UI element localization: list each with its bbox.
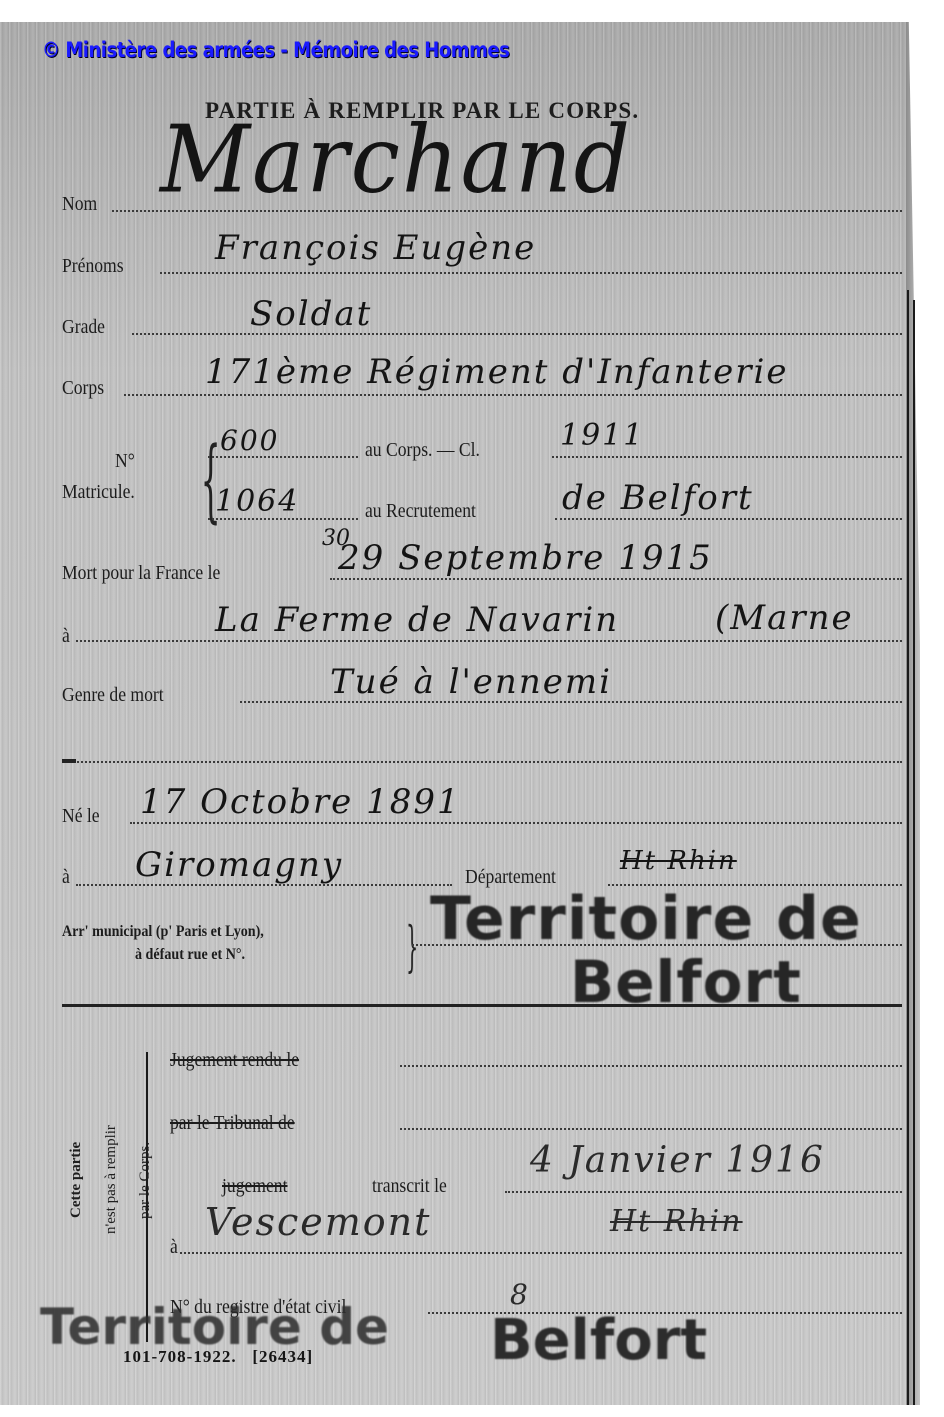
value-grade: Soldat [250,294,372,334]
field-line-date-naissance [130,822,902,824]
value-date-naissance: 17 Octobre 1891 [140,782,461,822]
section-separator [62,1004,902,1007]
margin-rule-inner [907,290,909,1405]
label-matricule: Matricule. [62,481,135,504]
label-nom: Nom [62,193,97,216]
value-departement-struck: Ht Rhin [620,846,737,876]
field-line-transcription-date [505,1191,902,1193]
field-line-corps [124,394,902,396]
value-corps: 171ème Régiment d'Infanterie [205,352,789,392]
value-matricule-corps: 600 [220,424,279,457]
value-transcription-date: 4 Janvier 1916 [530,1140,825,1181]
label-par-le-tribunal: par le Tribunal de [170,1112,295,1135]
value-prenoms: François Eugène [215,228,536,268]
label-no: N° [115,450,135,473]
field-line-blank [62,761,902,763]
value-classe: 1911 [560,418,644,453]
side-note-line-1: Cette partie [68,1075,85,1285]
label-jugement-struck: jugement [222,1175,288,1198]
form-print-code: 101-708-1922. [26434] [123,1347,313,1367]
label-transcrit-le: transcrit le [372,1175,447,1198]
field-line-date-deces [330,578,902,580]
label-lieu-deces: à [62,625,70,648]
side-note-line-2: n'est pas à remplir [103,1075,120,1285]
label-jugement-rendu: Jugement rendu le [170,1049,299,1072]
field-line-prenoms [160,272,902,274]
value-lieu-deces: La Ferme de Navarin [215,600,619,640]
label-au-recrutement: au Recrutement [365,500,476,523]
label-ne-le: Né le [62,805,100,828]
field-line-lieu-deces [76,640,902,642]
field-line-grade [132,333,902,335]
copyright-watermark: © Ministère des armées - Mémoire des Hom… [42,38,509,62]
field-line-tribunal [400,1128,902,1130]
label-arr-municipal: Arr' municipal (p' Paris et Lyon), [62,923,264,941]
label-grade: Grade [62,316,105,339]
label-au-corps-classe: au Corps. — Cl. [365,439,480,462]
label-a-defaut-rue: à défaut rue et N°. [135,946,245,964]
field-line-classe [552,456,902,458]
label-lieu-transcription: à [170,1236,178,1259]
value-departement-correction-line1: Territoire de [430,884,862,954]
value-lieu-naissance: Giromagny [135,845,343,885]
field-line-jugement-rendu [400,1065,902,1067]
label-mort-pour-la-france: Mort pour la France le [62,562,220,585]
margin-note-belfort: Belfort [490,1308,707,1373]
value-matricule-recrutement: 1064 [215,484,299,519]
value-nom: Marchand [160,105,632,213]
margin-rule-outer [913,300,915,1405]
side-note-not-for-corps: Cette partie n'est pas à remplir par le … [68,1075,154,1285]
arr-brace: } [406,915,418,978]
field-line-lieu-transcription [180,1252,902,1254]
field-line-recrutement [555,518,902,520]
label-genre-de-mort: Genre de mort [62,684,164,707]
value-lieu-transcription: Vescemont [205,1200,431,1244]
blank-line-start-mark [62,759,76,763]
value-recrutement: de Belfort [562,478,754,518]
value-date-deces: 29 Septembre 1915 [338,538,713,578]
label-prenoms: Prénoms [62,255,124,278]
label-corps: Corps [62,377,104,400]
value-lieu-deces-departement: (Marne [715,598,854,638]
value-transcription-dept-struck: Ht Rhin [610,1204,743,1239]
value-genre-de-mort: Tué à l'ennemi [330,662,612,702]
value-registre-no: 8 [510,1278,528,1311]
label-lieu-naissance: à [62,866,70,889]
